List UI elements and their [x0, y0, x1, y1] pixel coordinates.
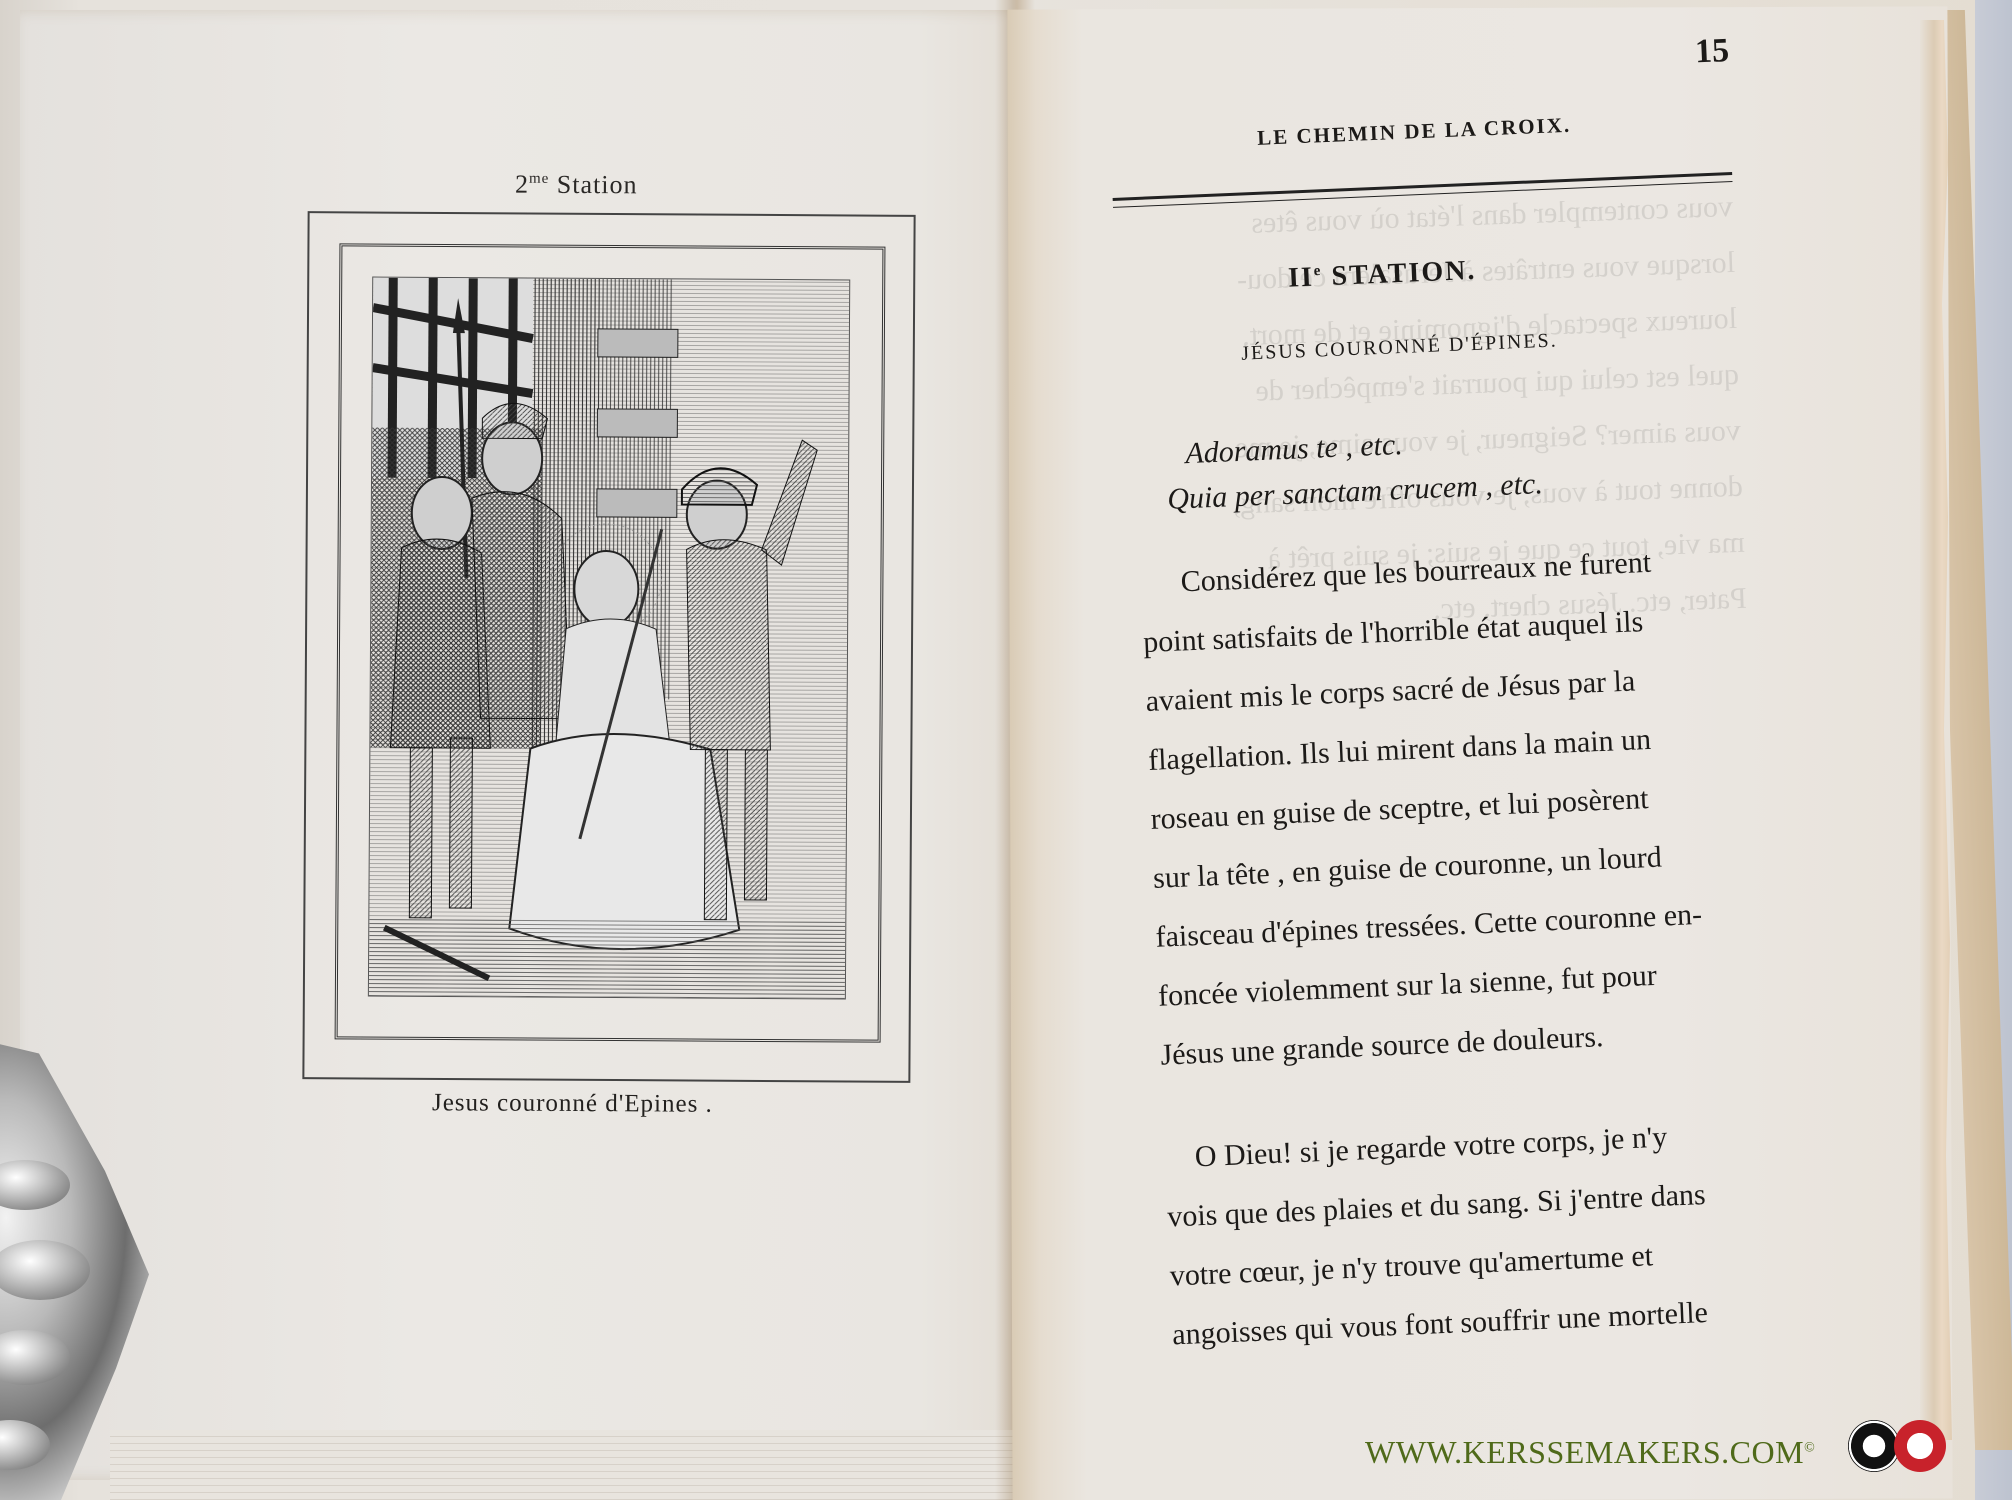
antiquarian-association-badge-icon	[1848, 1420, 1900, 1472]
book-photo: 2me Station	[0, 0, 2012, 1500]
engraving-illustration	[368, 277, 850, 1000]
station-roman: II	[1287, 262, 1314, 294]
page-number: 15	[1694, 32, 1730, 71]
clasp-ornament	[0, 1160, 70, 1210]
paragraph-2: O Dieu! si je regarde votre corps, je n'…	[1164, 1102, 1813, 1365]
engraving-icon	[369, 278, 849, 999]
plate-suffix: me	[529, 171, 549, 187]
clasp-ornament	[0, 1420, 50, 1470]
watermark-text: WWW.KERSSEMAKERS.COM	[1365, 1434, 1804, 1470]
station-word: STATION.	[1331, 255, 1477, 292]
plate-number: 2	[515, 170, 529, 199]
page-stack	[110, 1430, 1030, 1500]
station-suffix: e	[1313, 263, 1322, 279]
paragraph-1: Considérez que les bourreaux ne furent p…	[1140, 527, 1802, 1084]
watermark: WWW.KERSSEMAKERS.COM©	[1365, 1434, 1815, 1471]
amor-librorum-badge-icon	[1894, 1420, 1946, 1472]
clasp-ornament	[0, 1240, 90, 1300]
plate-title: 2me Station	[515, 170, 638, 201]
plate-word: Station	[557, 170, 638, 199]
clasp-ornament	[0, 1330, 70, 1385]
plate-caption: Jesus couronné d'Epines .	[432, 1089, 713, 1118]
plate-frame	[302, 211, 915, 1083]
plate-inner-frame	[335, 243, 886, 1042]
copyright-mark: ©	[1804, 1440, 1815, 1455]
